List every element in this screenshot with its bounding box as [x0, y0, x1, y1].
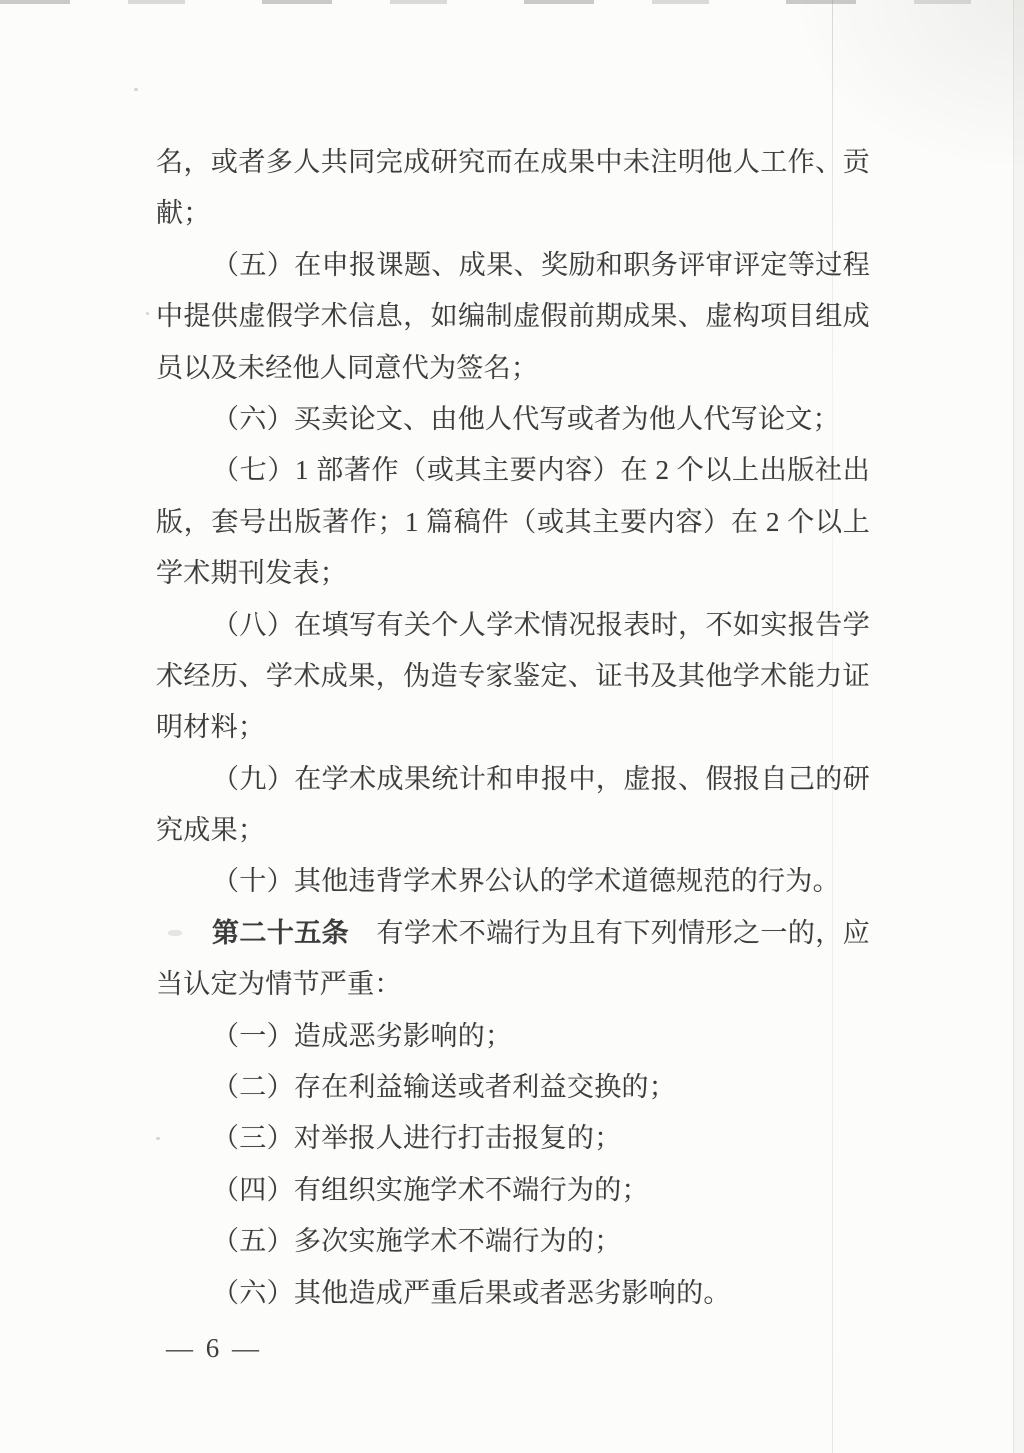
text-line-item-9: （九）在学术成果统计和申报中，虚报、假报自己的研: [156, 754, 870, 805]
paper-right-edge: [1013, 0, 1014, 1453]
text-line: 版，套号出版著作；1 篇稿件（或其主要内容）在 2 个以上: [156, 497, 870, 548]
text-line: 术经历、学术成果，伪造专家鉴定、证书及其他学术能力证: [156, 651, 870, 702]
scan-right-shade: [1014, 0, 1024, 1453]
article-text: 有学术不端行为且有下列情形之一的，应: [349, 918, 870, 948]
text-line-item-10: （十）其他违背学术界公认的学术道德规范的行为。: [156, 856, 870, 907]
scanned-document-page: 名，或者多人共同完成研究而在成果中未注明他人工作、贡 献； （五）在申报课题、成…: [0, 0, 1024, 1453]
text-line: 明材料；: [156, 702, 870, 753]
text-line-item-4: （四）有组织实施学术不端行为的；: [156, 1165, 870, 1216]
text-line: 学术期刊发表；: [156, 548, 870, 599]
text-line-item-2: （二）存在利益输送或者利益交换的；: [156, 1062, 870, 1113]
text-line-article-25: 第二十五条 有学术不端行为且有下列情形之一的，应: [156, 908, 870, 959]
text-line-item-1: （一）造成恶劣影响的；: [156, 1011, 870, 1062]
text-line-item-5b: （五）多次实施学术不端行为的；: [156, 1216, 870, 1267]
text-line-item-5: （五）在申报课题、成果、奖励和职务评审评定等过程: [156, 240, 870, 291]
text-line-item-6b: （六）其他造成严重后果或者恶劣影响的。: [156, 1268, 870, 1319]
text-line-item-3: （三）对举报人进行打击报复的；: [156, 1113, 870, 1164]
scan-speck: [134, 88, 138, 91]
text-line-item-8: （八）在填写有关个人学术情况报表时，不如实报告学: [156, 600, 870, 651]
text-line: 究成果；: [156, 805, 870, 856]
article-number-bold: 第二十五条: [212, 918, 349, 948]
text-line-item-7: （七）1 部著作（或其主要内容）在 2 个以上出版社出: [156, 445, 870, 496]
text-line: 名，或者多人共同完成研究而在成果中未注明他人工作、贡: [156, 137, 870, 188]
text-line: 员以及未经他人同意代为签名；: [156, 343, 870, 394]
scan-speck: [146, 312, 149, 315]
text-line: 中提供虚假学术信息，如编制虚假前期成果、虚构项目组成: [156, 291, 870, 342]
page-number: — 6 —: [166, 1333, 262, 1363]
text-line-item-6: （六）买卖论文、由他人代写或者为他人代写论文；: [156, 394, 870, 445]
text-line: 献；: [156, 188, 870, 239]
document-body-text: 名，或者多人共同完成研究而在成果中未注明他人工作、贡 献； （五）在申报课题、成…: [156, 137, 870, 1319]
text-line: 当认定为情节严重：: [156, 959, 870, 1010]
